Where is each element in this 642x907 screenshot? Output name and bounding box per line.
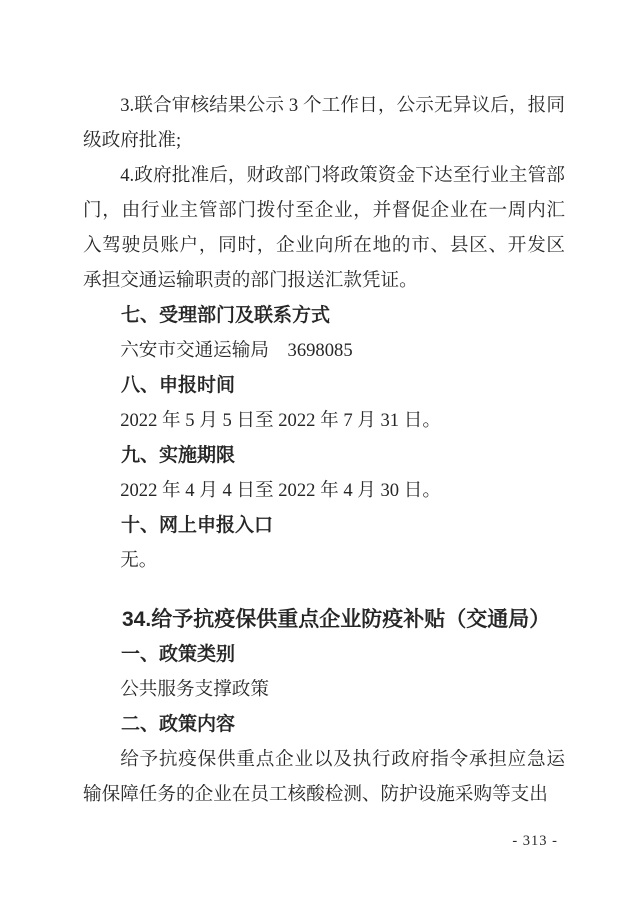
- section-heading-9: 九、实施期限: [83, 438, 565, 473]
- policy-category-line: 公共服务支撑政策: [83, 672, 565, 707]
- section-heading-7: 七、受理部门及联系方式: [83, 298, 565, 333]
- application-period-line: 2022 年 5 月 5 日至 2022 年 7 月 31 日。: [83, 403, 565, 438]
- body-paragraph: 给予抗疫保供重点企业以及执行政府指令承担应急运输保障任务的企业在员工核酸检测、防…: [83, 742, 565, 812]
- page-number: - 313 -: [512, 833, 558, 850]
- document-content: 3.联合审核结果公示 3 个工作日，公示无异议后，报同级政府批准; 4.政府批准…: [83, 88, 565, 812]
- section-heading-1: 一、政策类别: [83, 637, 565, 672]
- section-heading-10: 十、网上申报入口: [83, 508, 565, 543]
- body-paragraph: 4.政府批准后，财政部门将政策资金下达至行业主管部门，由行业主管部门拨付至企业，…: [83, 158, 565, 298]
- body-paragraph: 无。: [83, 543, 565, 578]
- body-paragraph: 3.联合审核结果公示 3 个工作日，公示无异议后，报同级政府批准;: [83, 88, 565, 158]
- contact-line: 六安市交通运输局 3698085: [83, 333, 565, 368]
- document-page: 3.联合审核结果公示 3 个工作日，公示无异议后，报同级政府批准; 4.政府批准…: [0, 0, 642, 907]
- policy-34-title: 34.给予抗疫保供重点企业防疫补贴（交通局）: [83, 602, 565, 637]
- section-heading-2: 二、政策内容: [83, 707, 565, 742]
- section-heading-8: 八、申报时间: [83, 368, 565, 403]
- implementation-period-line: 2022 年 4 月 4 日至 2022 年 4 月 30 日。: [83, 473, 565, 508]
